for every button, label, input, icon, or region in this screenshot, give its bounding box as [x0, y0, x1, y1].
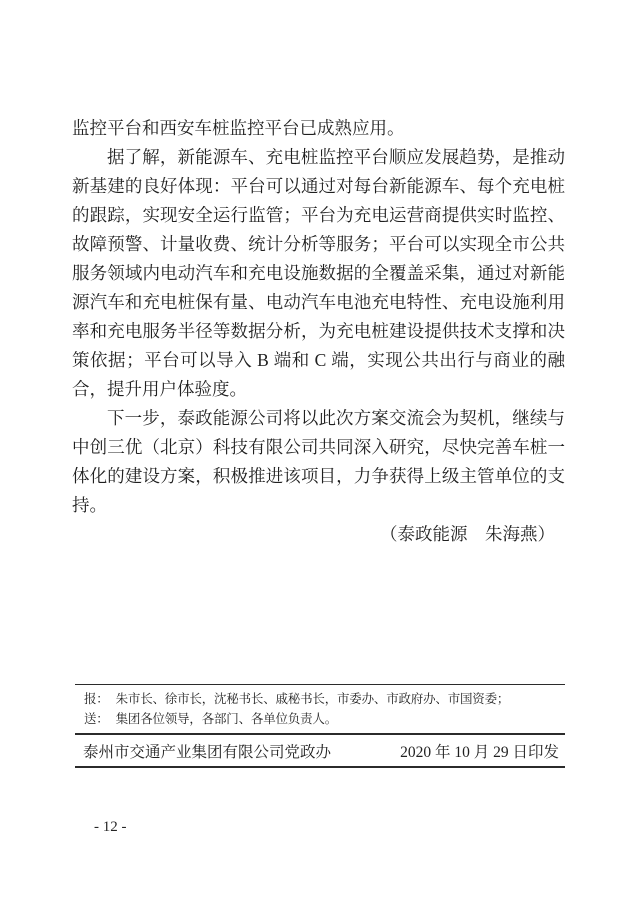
send-recipients: 集团各位领导，各部门、各单位负责人。 [116, 709, 337, 729]
document-body: 监控平台和西安车桩监控平台已成熟应用。据了解，新能源车、充电桩监控平台顺应发展趋… [72, 114, 565, 549]
report-recipients: 朱市长、徐市长，沈秘书长、戚秘书长，市委办、市政府办、市国资委； [116, 689, 510, 709]
body-line: 体化的建设方案，积极推进该项目，力争获得上级主管单位的支 [72, 462, 565, 491]
issuer-line: 泰州市交通产业集团有限公司党政办 2020 年 10 月 29 日印发 [75, 735, 565, 766]
body-line: 服务领域内电动汽车和充电设施数据的全覆盖采集，通过对新能 [72, 259, 565, 288]
body-line: 中创三优（北京）科技有限公司共同深入研究，尽快完善车桩一 [72, 433, 565, 462]
send-label: 送： [84, 709, 109, 729]
body-line: 合，提升用户体验度。 [72, 375, 565, 404]
body-line: （泰政能源 朱海燕） [72, 520, 565, 549]
body-line: 策依据；平台可以导入 B 端和 C 端，实现公共出行与商业的融 [72, 346, 565, 375]
page-number: - 12 - [94, 818, 127, 836]
colophon: 报： 朱市长、徐市长，沈秘书长、戚秘书长，市委办、市政府办、市国资委； 送： 集… [75, 684, 565, 768]
body-line: 新基建的良好体现：平台可以通过对每台新能源车、每个充电桩 [72, 172, 565, 201]
body-line: 的跟踪，实现安全运行监管；平台为充电运营商提供实时监控、 [72, 201, 565, 230]
document-page: 监控平台和西安车桩监控平台已成熟应用。据了解，新能源车、充电桩监控平台顺应发展趋… [0, 0, 636, 900]
colophon-bottom-rule [75, 766, 565, 768]
body-line: 率和充电服务半径等数据分析，为充电桩建设提供技术支撑和决 [72, 317, 565, 346]
body-line: 源汽车和充电桩保有量、电动汽车电池充电特性、充电设施利用 [72, 288, 565, 317]
print-date: 2020 年 10 月 29 日印发 [400, 740, 559, 762]
body-line: 监控平台和西安车桩监控平台已成熟应用。 [72, 114, 565, 143]
body-line: 故障预警、计量收费、统计分析等服务；平台可以实现全市公共 [72, 230, 565, 259]
body-line: 持。 [72, 491, 565, 520]
report-label: 报： [84, 689, 109, 709]
report-line: 报： 朱市长、徐市长，沈秘书长、戚秘书长，市委办、市政府办、市国资委； [84, 689, 565, 709]
send-line: 送： 集团各位领导，各部门、各单位负责人。 [84, 709, 565, 729]
body-line: 下一步，泰政能源公司将以此次方案交流会为契机，继续与 [72, 404, 565, 433]
cc-block: 报： 朱市长、徐市长，沈秘书长、戚秘书长，市委办、市政府办、市国资委； 送： 集… [75, 685, 565, 733]
issuer-office: 泰州市交通产业集团有限公司党政办 [83, 740, 331, 762]
body-line: 据了解，新能源车、充电桩监控平台顺应发展趋势，是推动 [72, 143, 565, 172]
